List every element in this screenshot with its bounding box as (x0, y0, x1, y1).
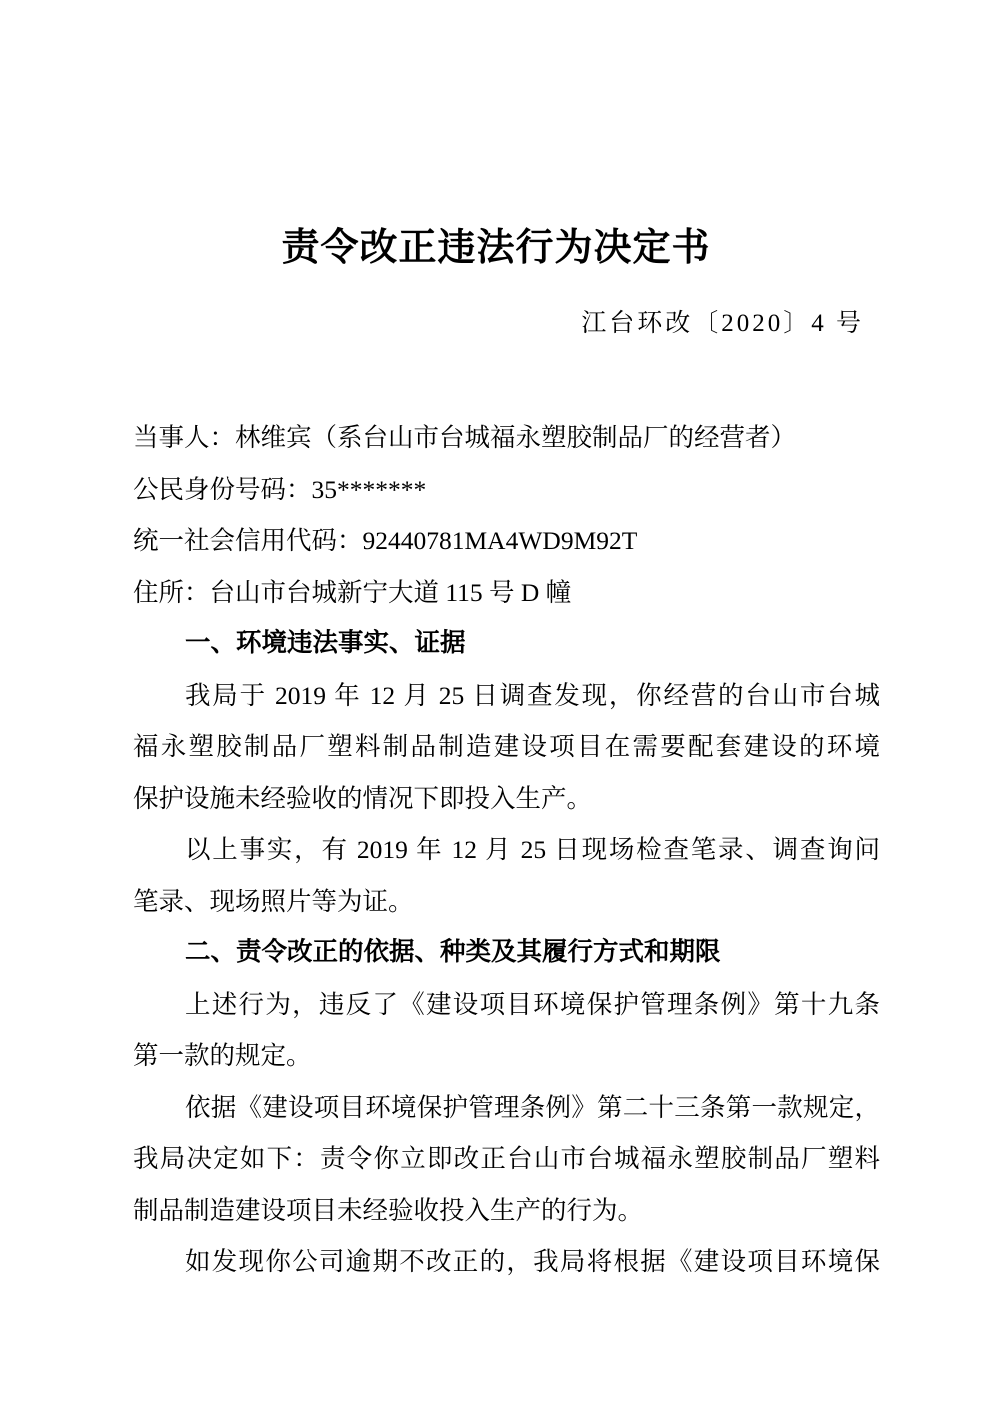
section-2-heading: 二、责令改正的依据、种类及其履行方式和期限 (133, 927, 880, 979)
body-line: 第一款的规定。 (133, 1030, 880, 1082)
body-line: 制品制造建设项目未经验收投入生产的行为。 (133, 1185, 880, 1237)
body-line: 上述行为，违反了《建设项目环境保护管理条例》第十九条 (133, 979, 880, 1031)
document-body: 当事人：林维宾（系台山市台城福永塑胶制品厂的经营者） 公民身份号码：35****… (133, 412, 880, 1288)
body-line: 保护设施未经验收的情况下即投入生产。 (133, 773, 880, 825)
address-line: 住所：台山市台城新宁大道 115 号 D 幢 (133, 567, 880, 619)
body-line: 以上事实，有 2019 年 12 月 25 日现场检查笔录、调查询问 (133, 824, 880, 876)
body-line: 我局于 2019 年 12 月 25 日调查发现，你经营的台山市台城 (133, 670, 880, 722)
section-1-heading: 一、环境违法事实、证据 (133, 618, 880, 670)
body-line: 福永塑胶制品厂塑料制品制造建设项目在需要配套建设的环境 (133, 721, 880, 773)
body-line: 如发现你公司逾期不改正的，我局将根据《建设项目环境保 (133, 1236, 880, 1288)
document-number: 江台环改〔2020〕4 号 (581, 303, 864, 345)
body-line: 依据《建设项目环境保护管理条例》第二十三条第一款规定， (133, 1082, 880, 1134)
body-line: 我局决定如下：责令你立即改正台山市台城福永塑胶制品厂塑料 (133, 1133, 880, 1185)
document-title: 责令改正违法行为决定书 (0, 222, 992, 274)
body-line: 笔录、现场照片等为证。 (133, 876, 880, 928)
party-name-line: 当事人：林维宾（系台山市台城福永塑胶制品厂的经营者） (133, 412, 880, 464)
document-page: 责令改正违法行为决定书 江台环改〔2020〕4 号 当事人：林维宾（系台山市台城… (0, 0, 992, 1403)
id-number-line: 公民身份号码：35******* (133, 464, 880, 516)
credit-code-line: 统一社会信用代码：92440781MA4WD9M92T (133, 515, 880, 567)
